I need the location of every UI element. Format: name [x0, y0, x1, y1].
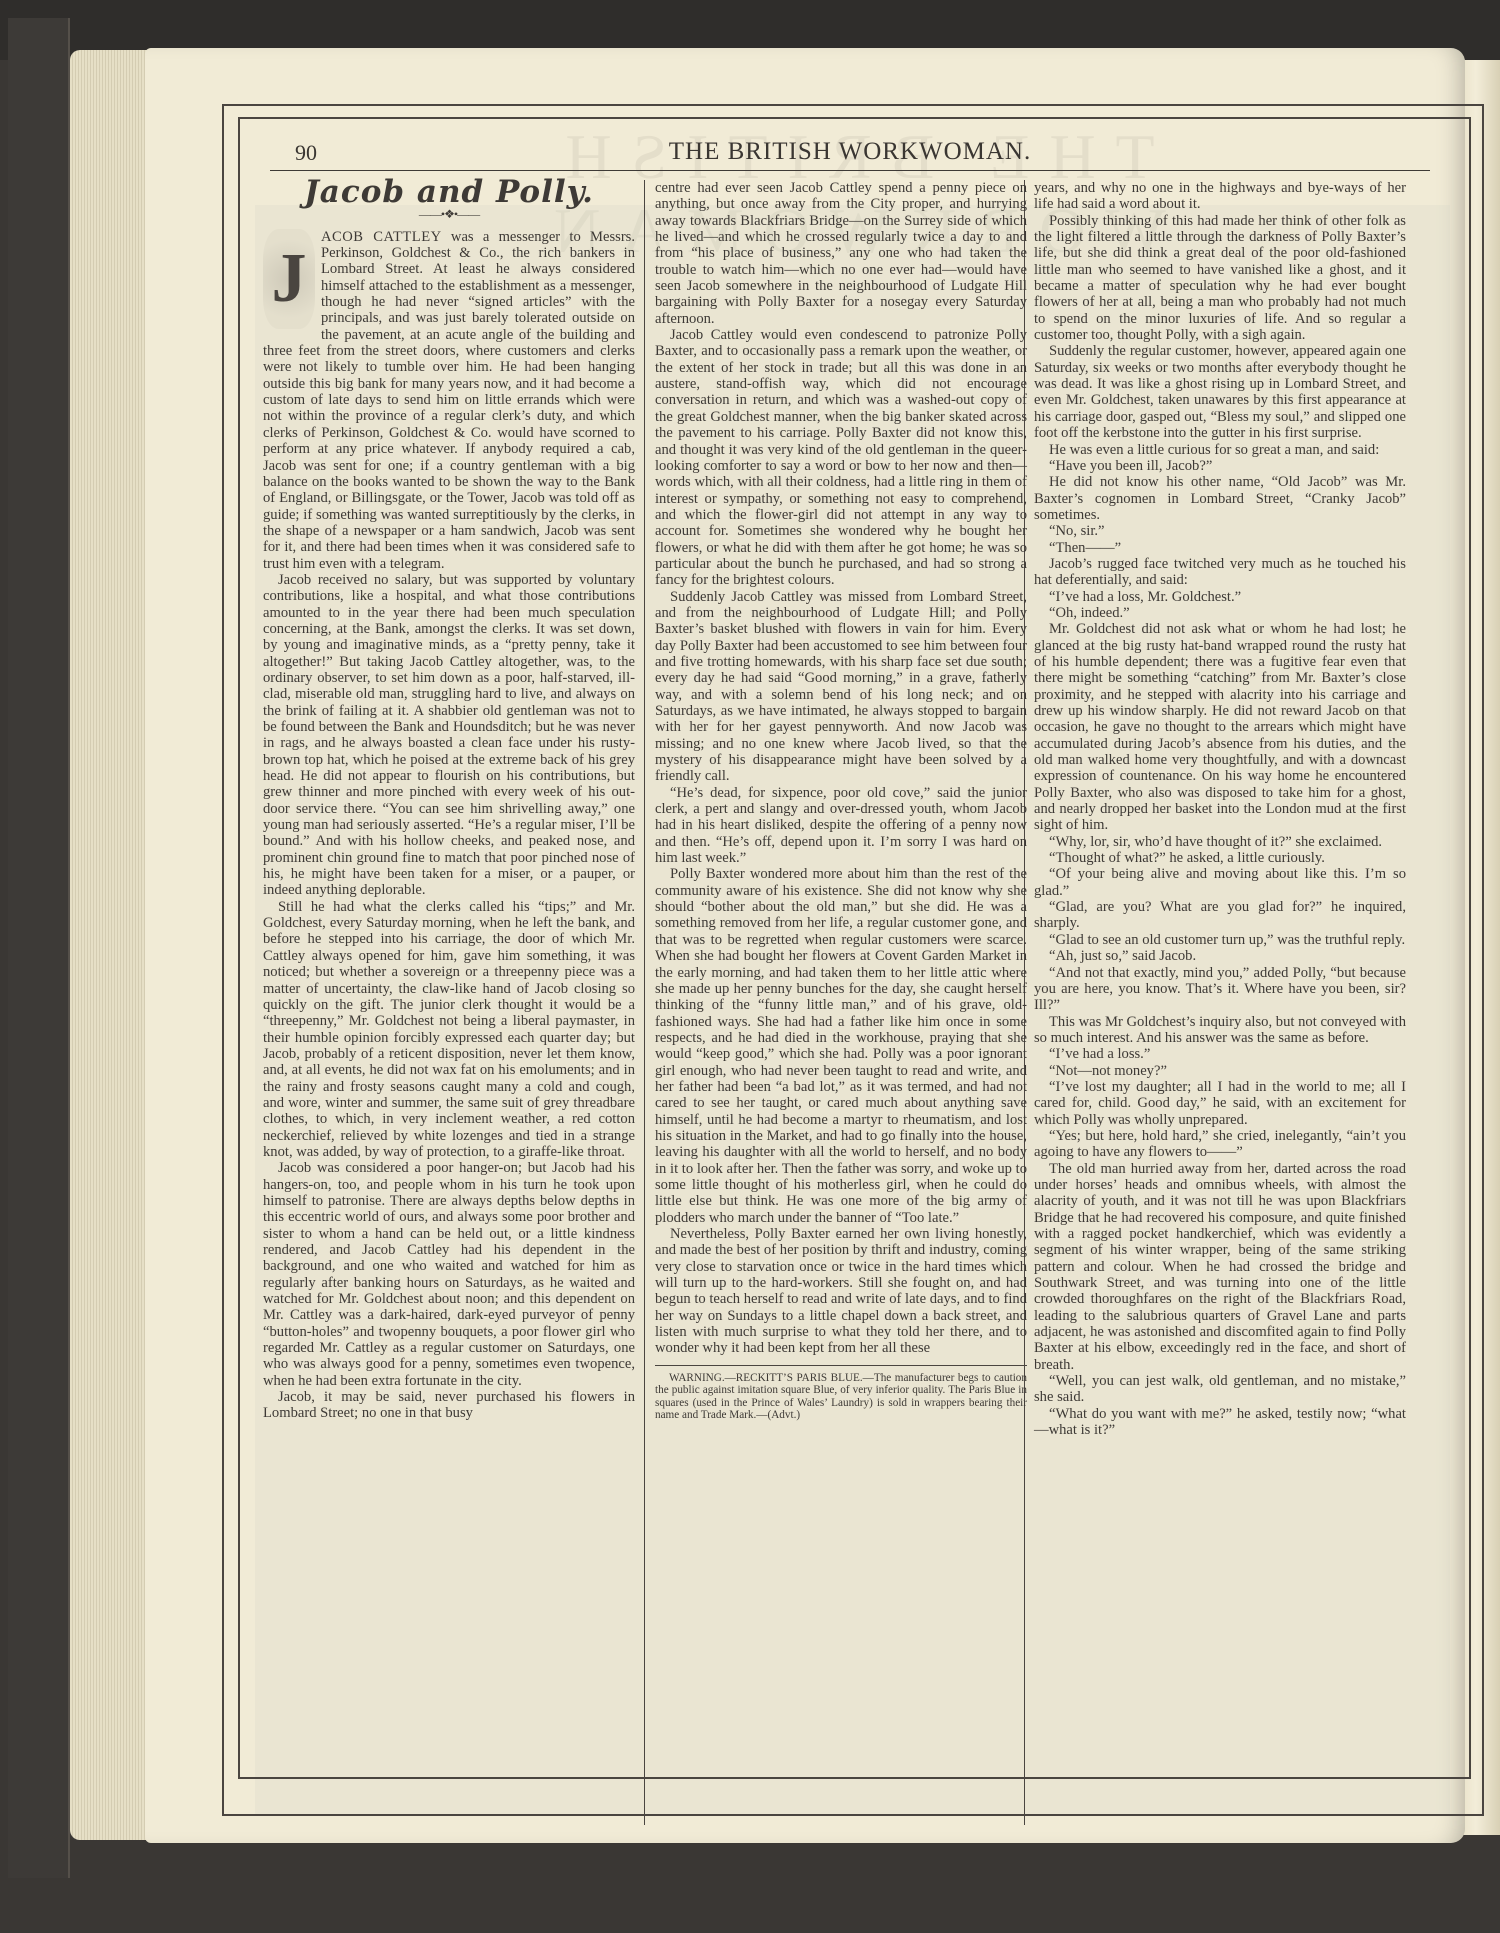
paragraph: “I’ve lost my daughter; all I had in the…	[1034, 1079, 1406, 1128]
book-cover-left	[8, 18, 70, 1878]
paragraph: “Oh, indeed.”	[1034, 605, 1406, 621]
paragraph: “No, sir.”	[1034, 523, 1406, 539]
paragraph: Jacob, it may be said, never purchased h…	[263, 1389, 635, 1422]
text-column-1: Jacob and Polly. ——•❖•—— JACOB CATTLEY w…	[263, 180, 635, 1422]
paragraph: “And not that exactly, mind you,” added …	[1034, 965, 1406, 1014]
text-column-2: centre had ever seen Jacob Cattley spend…	[655, 180, 1027, 1421]
paragraph: “He’s dead, for sixpence, poor old cove,…	[655, 785, 1027, 867]
paragraph: He did not know his other name, “Old Jac…	[1034, 474, 1406, 523]
page-edges	[70, 50, 150, 1840]
paragraph: Suddenly the regular customer, however, …	[1034, 343, 1406, 441]
paragraph: Jacob’s rugged face twitched very much a…	[1034, 556, 1406, 589]
paragraph: “Ah, just so,” said Jacob.	[1034, 948, 1406, 964]
paragraph: JACOB CATTLEY was a messenger to Messrs.…	[263, 229, 635, 572]
paragraph: This was Mr Goldchest’s inquiry also, bu…	[1034, 1014, 1406, 1047]
paragraph: “What do you want with me?” he asked, te…	[1034, 1406, 1406, 1439]
paragraph: “Well, you can jest walk, old gentleman,…	[1034, 1373, 1406, 1406]
paragraph: “Not—not money?”	[1034, 1063, 1406, 1079]
opening-caps: ACOB CATTLEY	[321, 229, 442, 245]
paragraph: The old man hurried away from her, darte…	[1034, 1161, 1406, 1373]
journal-title: THE BRITISH WORKWOMAN.	[270, 138, 1430, 166]
paragraph: “Glad to see an old customer turn up,” w…	[1034, 932, 1406, 948]
paragraph: centre had ever seen Jacob Cattley spend…	[655, 180, 1027, 327]
paragraph: Nevertheless, Polly Baxter earned her ow…	[655, 1226, 1027, 1357]
advertisement: WARNING.—RECKITT’S PARIS BLUE.—The manuf…	[655, 1372, 1027, 1422]
paragraph: Possibly thinking of this had made her t…	[1034, 213, 1406, 344]
paragraph: Mr. Goldchest did not ask what or whom h…	[1034, 621, 1406, 833]
text-column-3: years, and why no one in the highways an…	[1034, 180, 1406, 1438]
paragraph: “Thought of what?” he asked, a little cu…	[1034, 850, 1406, 866]
running-head: 90 THE BRITISH WORKWOMAN.	[270, 130, 1430, 171]
paragraph: “Then——”	[1034, 540, 1406, 556]
paragraph: “Of your being alive and moving about li…	[1034, 866, 1406, 899]
paragraph-text: was a messenger to Messrs. Perkinson, Go…	[263, 229, 635, 572]
paragraph: Jacob received no salary, but was suppor…	[263, 572, 635, 899]
article-title: Jacob and Polly.	[263, 184, 635, 200]
paragraph: years, and why no one in the highways an…	[1034, 180, 1406, 213]
decorated-initial-icon: J	[263, 229, 315, 329]
paragraph: Jacob Cattley would even condescend to p…	[655, 327, 1027, 589]
page-border-bottom	[222, 1814, 1482, 1816]
advertisement-heading: WARNING.—RECKITT’S PARIS BLUE.	[669, 1372, 863, 1384]
paragraph: He was even a little curious for so grea…	[1034, 442, 1406, 458]
paragraph: “I’ve had a loss, Mr. Goldchest.”	[1034, 589, 1406, 605]
paragraph: “Glad, are you? What are you glad for?” …	[1034, 899, 1406, 932]
column-rule	[644, 180, 645, 1825]
paragraph: Still he had what the clerks called his …	[263, 899, 635, 1161]
paragraph: Polly Baxter wondered more about him tha…	[655, 866, 1027, 1226]
paragraph: Jacob was considered a poor hanger-on; b…	[263, 1160, 635, 1389]
paragraph: “I’ve had a loss.”	[1034, 1046, 1406, 1062]
advertisement-rule	[655, 1365, 1027, 1366]
paragraph: “Have you been ill, Jacob?”	[1034, 458, 1406, 474]
paragraph: “Yes; but here, hold hard,” she cried, i…	[1034, 1128, 1406, 1161]
paragraph: Suddenly Jacob Cattley was missed from L…	[655, 589, 1027, 785]
paragraph: “Why, lor, sir, who’d have thought of it…	[1034, 834, 1406, 850]
